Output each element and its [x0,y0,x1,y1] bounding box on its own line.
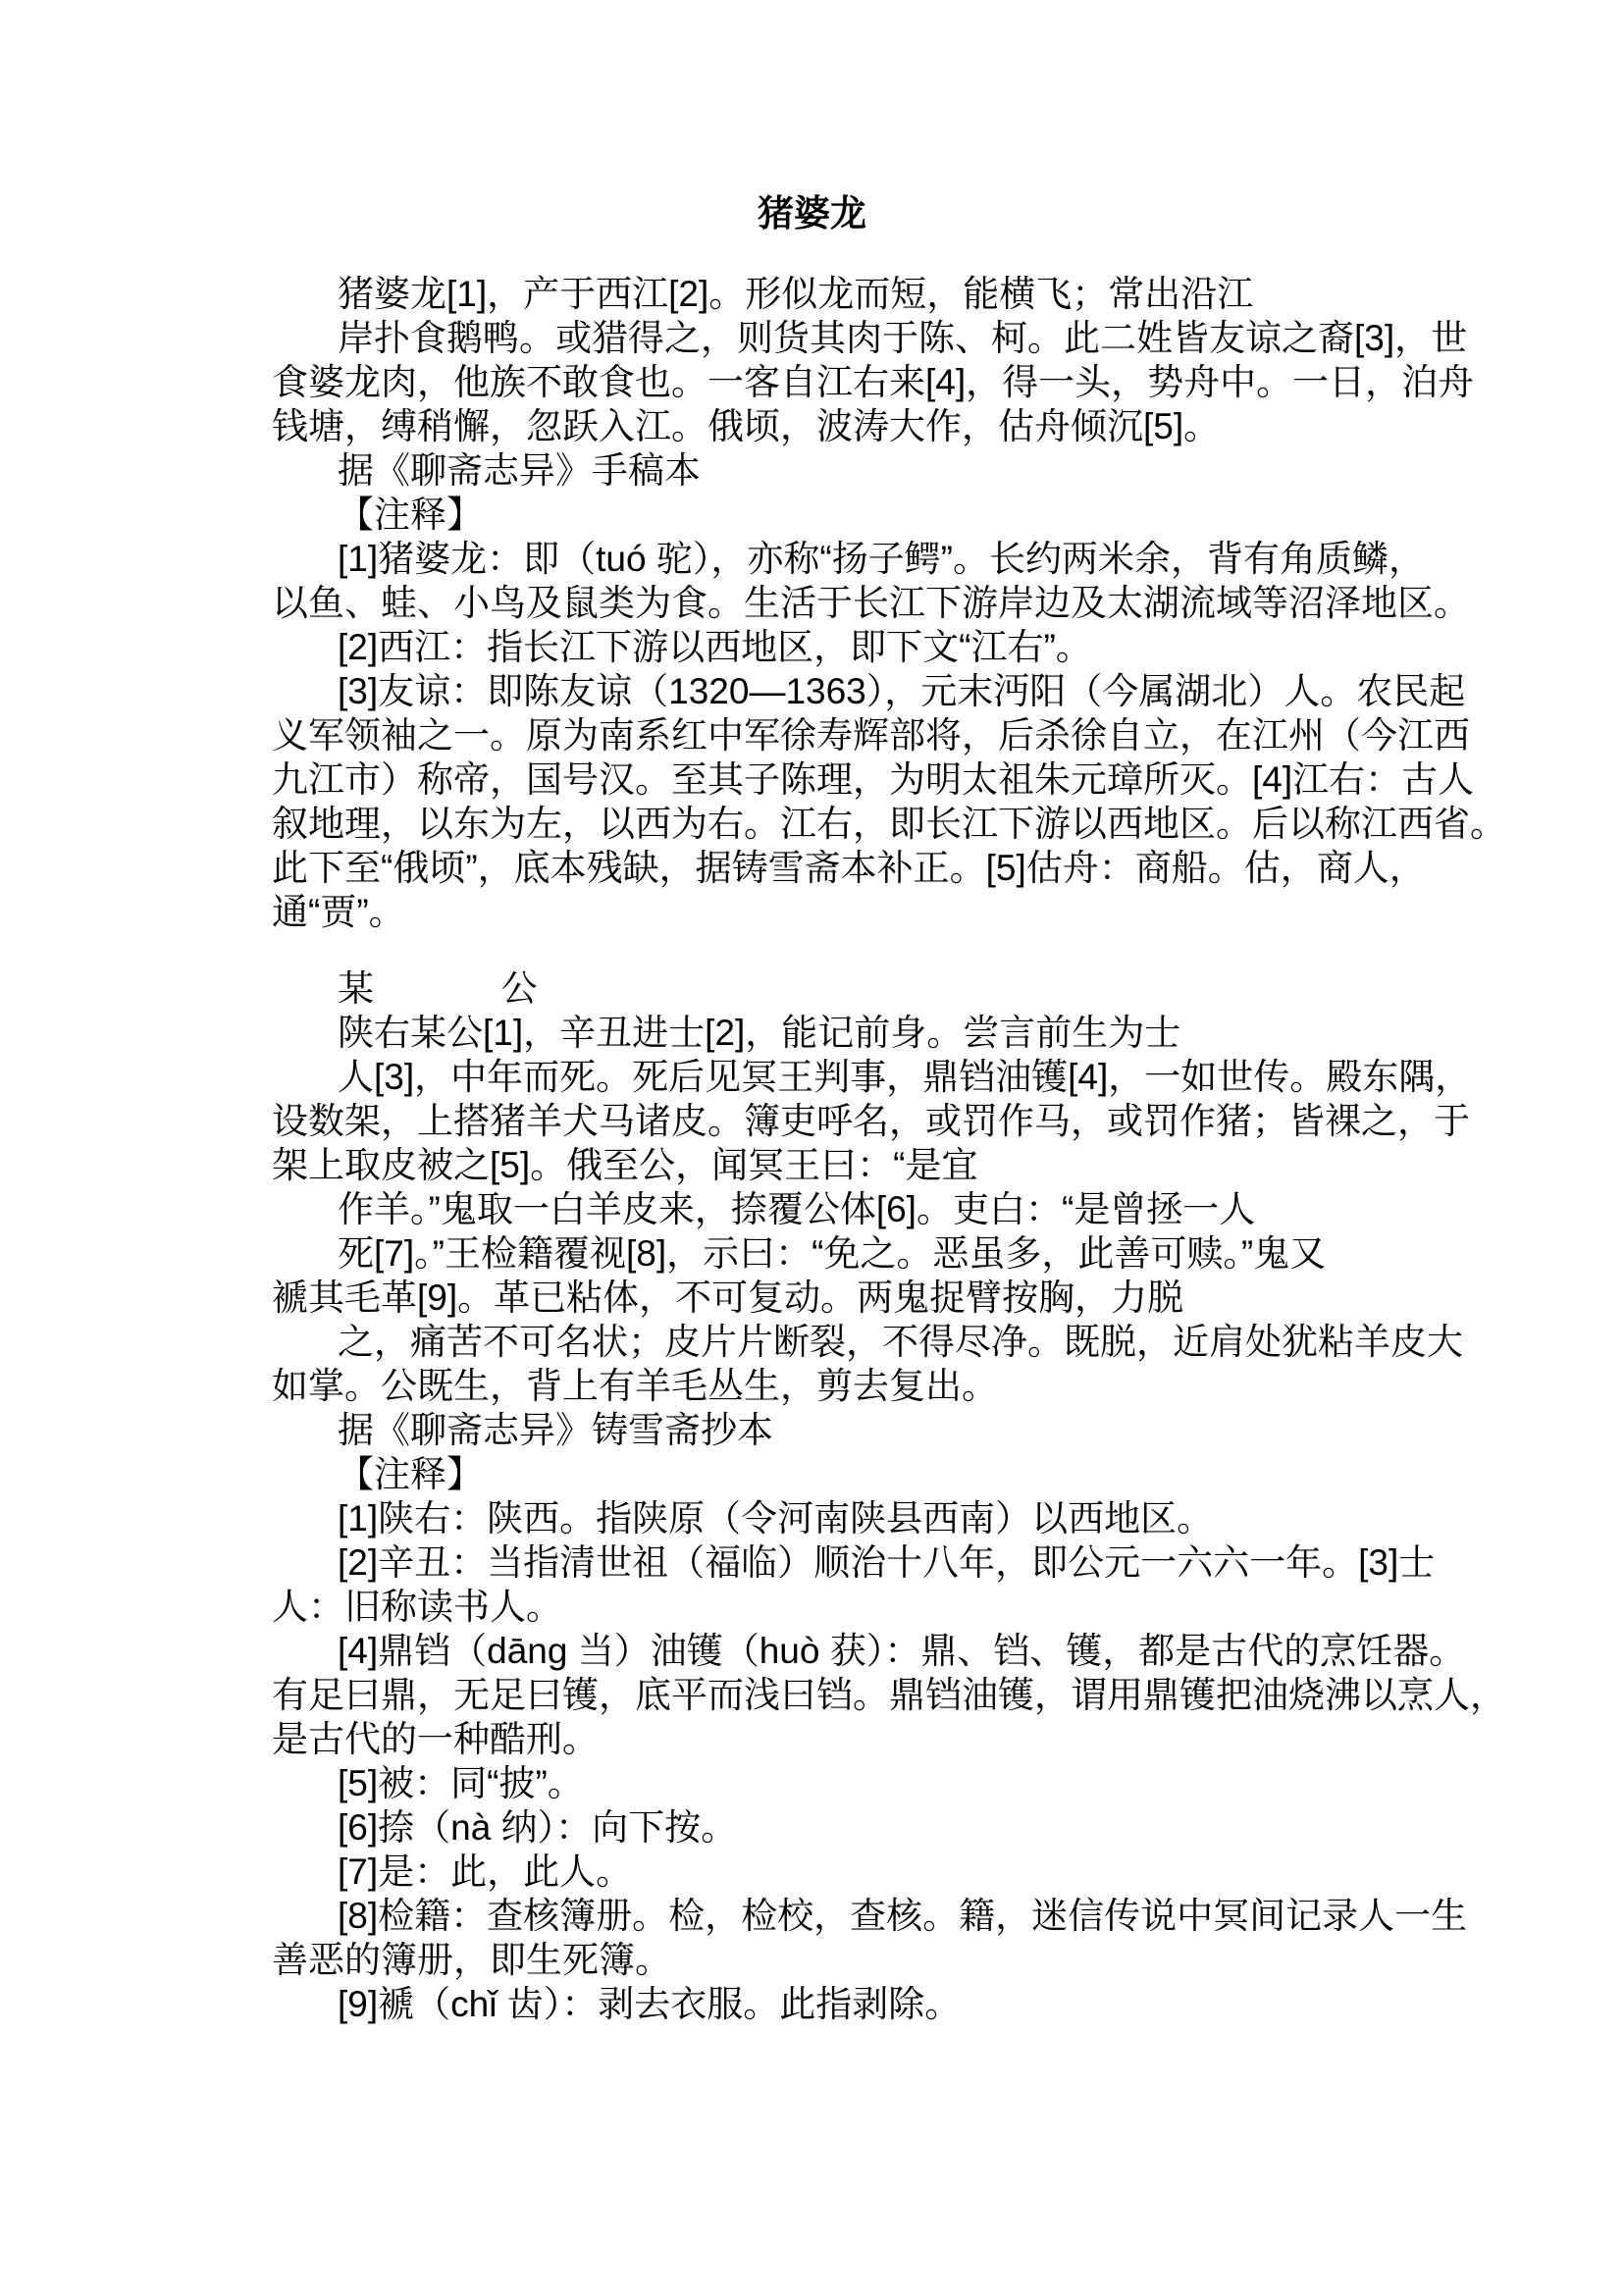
text-line: 架上取皮被之[5]。俄至公，闻冥王曰：“是宜 [272,1143,1352,1187]
text-line: 义军领袖之一。原为南系红中军徐寿辉部将，后杀徐自立，在江州（今江西 [272,713,1352,757]
text-line: [8]检籍：查核簿册。检，检校，查核。籍，迷信传说中冥间记录人一生 [272,1894,1352,1938]
text-line: 人[3]，中年而死。死后见冥王判事，鼎铛油镬[4]，一如世传。殿东隅， [272,1055,1352,1099]
text-line: 人：旧称读书人。 [272,1585,1352,1629]
text-line: 褫其毛革[9]。革已粘体，不可复动。两鬼捉臂按胸，力脱 [272,1276,1352,1320]
story-lines: 猪婆龙[1]，产于西江[2]。形似龙而短，能横飞；常出沿江岸扑食鹅鸭。或猎得之，… [272,272,1352,934]
text-line: 【注释】 [272,1452,1352,1496]
text-line: [9]褫（chǐ 齿）：剥去衣服。此指剥除。 [272,1982,1352,2026]
text-line: 食婆龙肉，他族不敢食也。一客自江右来[4]，得一头，势舟中。一日，泊舟 [272,360,1352,404]
text-line: 据《聊斋志异》铸雪斋抄本 [272,1408,1352,1452]
text-line: 岸扑食鹅鸭。或猎得之，则货其肉于陈、柯。此二姓皆友谅之裔[3]，世 [272,316,1352,360]
text-line: [1]陕右：陕西。指陕原（令河南陕县西南）以西地区。 [272,1496,1352,1540]
text-line: [5]被：同“披”。 [272,1761,1352,1805]
text-line: 以鱼、蛙、小鸟及鼠类为食。生活于长江下游岸边及太湖流域等沼泽地区。 [272,581,1352,625]
text-line: [4]鼎铛（dāng 当）油镬（huò 获）：鼎、铛、镬，都是古代的烹饪器。 [272,1629,1352,1673]
text-line: [7]是：此，此人。 [272,1850,1352,1894]
text-line: [6]捺（nà 纳）：向下按。 [272,1805,1352,1850]
text-line: 善恶的簿册，即生死簿。 [272,1938,1352,1982]
text-line: 钱塘，缚稍懈，忽跃入江。俄顷，波涛大作，估舟倾沉[5]。 [272,404,1352,448]
text-block: 猪婆龙 猪婆龙[1]，产于西江[2]。形似龙而短，能横飞；常出沿江岸扑食鹅鸭。或… [272,191,1352,2026]
text-line: 【注释】 [272,493,1352,537]
text-line: 之，痛苦不可名状；皮片片断裂，不得尽净。既脱，近肩处犹粘羊皮大 [272,1320,1352,1364]
text-line: 作羊。”鬼取一白羊皮来，捺覆公体[6]。吏白：“是曾拯一人 [272,1187,1352,1231]
text-line: 据《聊斋志异》手稿本 [272,448,1352,493]
text-line: [2]辛丑：当指清世祖（福临）顺治十八年，即公元一六六一年。[3]士 [272,1540,1352,1585]
story-mougong: 某 公 陕右某公[1]，辛丑进士[2]，能记前身。尝言前生为士人[3]，中年而死… [272,966,1352,2026]
text-line: [2]西江：指长江下游以西地区，即下文“江右”。 [272,625,1352,669]
text-line: 设数架，上搭猪羊犬马诸皮。簿吏呼名，或罚作马，或罚作猪；皆裸之，于 [272,1099,1352,1143]
story-title-mougong: 某 公 [272,966,1352,1011]
text-line: 猪婆龙[1]，产于西江[2]。形似龙而短，能横飞；常出沿江 [272,272,1352,316]
text-line: 有足曰鼎，无足曰镬，底平而浅曰铛。鼎铛油镬，谓用鼎镬把油烧沸以烹人， [272,1673,1352,1717]
text-line: 死[7]。”王检籍覆视[8]，示曰：“免之。恶虽多，此善可赎。”鬼又 [272,1231,1352,1276]
text-line: 如掌。公既生，背上有羊毛丛生，剪去复出。 [272,1364,1352,1408]
story-title-zhupolong: 猪婆龙 [272,191,1352,235]
text-line: 此下至“俄顷”，底本残缺，据铸雪斋本补正。[5]估舟：商船。估，商人， [272,846,1352,890]
text-line: [3]友谅：即陈友谅（1320—1363），元末沔阳（今属湖北）人。农民起 [272,669,1352,713]
text-line: [1]猪婆龙：即（tuó 驼），亦称“扬子鳄”。长约两米余，背有角质鳞， [272,537,1352,581]
text-line: 是古代的一种酷刑。 [272,1717,1352,1761]
story-lines: 陕右某公[1]，辛丑进士[2]，能记前身。尝言前生为士人[3]，中年而死。死后见… [272,1011,1352,2026]
text-line: 通“贾”。 [272,890,1352,934]
document-page: 猪婆龙 猪婆龙[1]，产于西江[2]。形似龙而短，能横飞；常出沿江岸扑食鹅鸭。或… [0,0,1624,2294]
story-zhupolong: 猪婆龙 猪婆龙[1]，产于西江[2]。形似龙而短，能横飞；常出沿江岸扑食鹅鸭。或… [272,191,1352,934]
text-line: 陕右某公[1]，辛丑进士[2]，能记前身。尝言前生为士 [272,1011,1352,1055]
text-line: 九江市）称帝，国号汉。至其子陈理，为明太祖朱元璋所灭。[4]江右：古人 [272,757,1352,802]
text-line: 叙地理，以东为左，以西为右。江右，即长江下游以西地区。后以称江西省。 [272,802,1352,846]
